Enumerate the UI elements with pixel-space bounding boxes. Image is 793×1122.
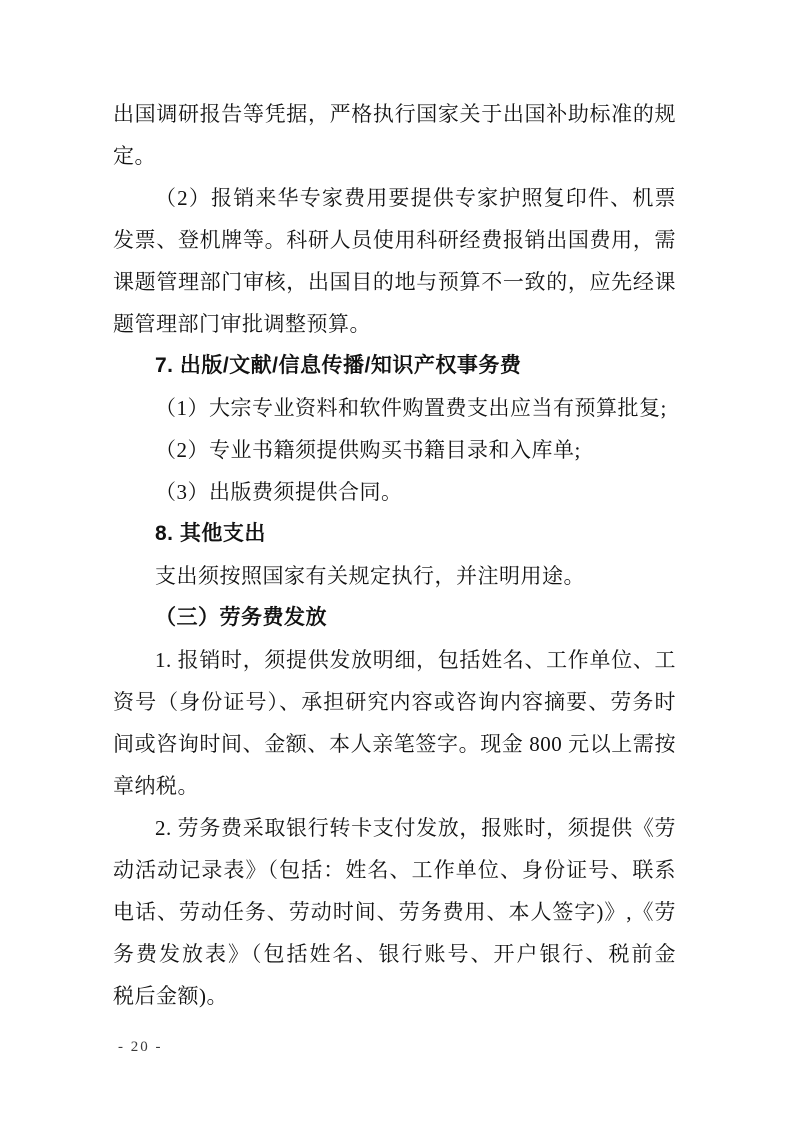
text-line: 动活动记录表》（包括：姓名、工作单位、身份证号、联系 <box>113 849 676 891</box>
text-line: 出国调研报告等凭据，严格执行国家关于出国补助标准的规 <box>113 93 676 135</box>
section-heading-iii: （三）劳务费发放 <box>113 597 676 639</box>
text-line: 务费发放表》（包括姓名、银行账号、开户银行、税前金额、 <box>113 933 676 975</box>
section-heading-8: 8. 其他支出 <box>113 513 676 555</box>
text-line: 课题管理部门审核，出国目的地与预算不一致的，应先经课 <box>113 261 676 303</box>
text-line: 定。 <box>113 135 676 177</box>
text-line: 章纳税。 <box>113 765 676 807</box>
text-line: 间或咨询时间、金额、本人亲笔签字。现金 800 元以上需按 <box>113 723 676 765</box>
text-line: 电话、劳动任务、劳动时间、劳务费用、本人签字)》,《劳 <box>113 891 676 933</box>
text-line: 资号（身份证号）、承担研究内容或咨询内容摘要、劳务时 <box>113 681 676 723</box>
text-line: （3）出版费须提供合同。 <box>113 471 676 513</box>
document-page: 出国调研报告等凭据，严格执行国家关于出国补助标准的规 定。 （2）报销来华专家费… <box>0 0 793 1122</box>
text-line: 2. 劳务费采取银行转卡支付发放，报账时，须提供《劳 <box>113 807 676 849</box>
text-line: 1. 报销时，须提供发放明细，包括姓名、工作单位、工 <box>113 639 676 681</box>
text-line: （2）专业书籍须提供购买书籍目录和入库单; <box>113 429 676 471</box>
page-number: - 20 - <box>118 1036 163 1058</box>
text-line: （2）报销来华专家费用要提供专家护照复印件、机票 <box>113 177 676 219</box>
text-line: 题管理部门审批调整预算。 <box>113 303 676 345</box>
text-line: （1）大宗专业资料和软件购置费支出应当有预算批复; <box>113 387 676 429</box>
document-body: 出国调研报告等凭据，严格执行国家关于出国补助标准的规 定。 （2）报销来华专家费… <box>113 93 676 1017</box>
text-line: 发票、登机牌等。科研人员使用科研经费报销出国费用，需 <box>113 219 676 261</box>
section-heading-7: 7. 出版/文献/信息传播/知识产权事务费 <box>113 345 676 387</box>
text-line: 税后金额)。 <box>113 975 676 1017</box>
text-line: 支出须按照国家有关规定执行，并注明用途。 <box>113 555 676 597</box>
